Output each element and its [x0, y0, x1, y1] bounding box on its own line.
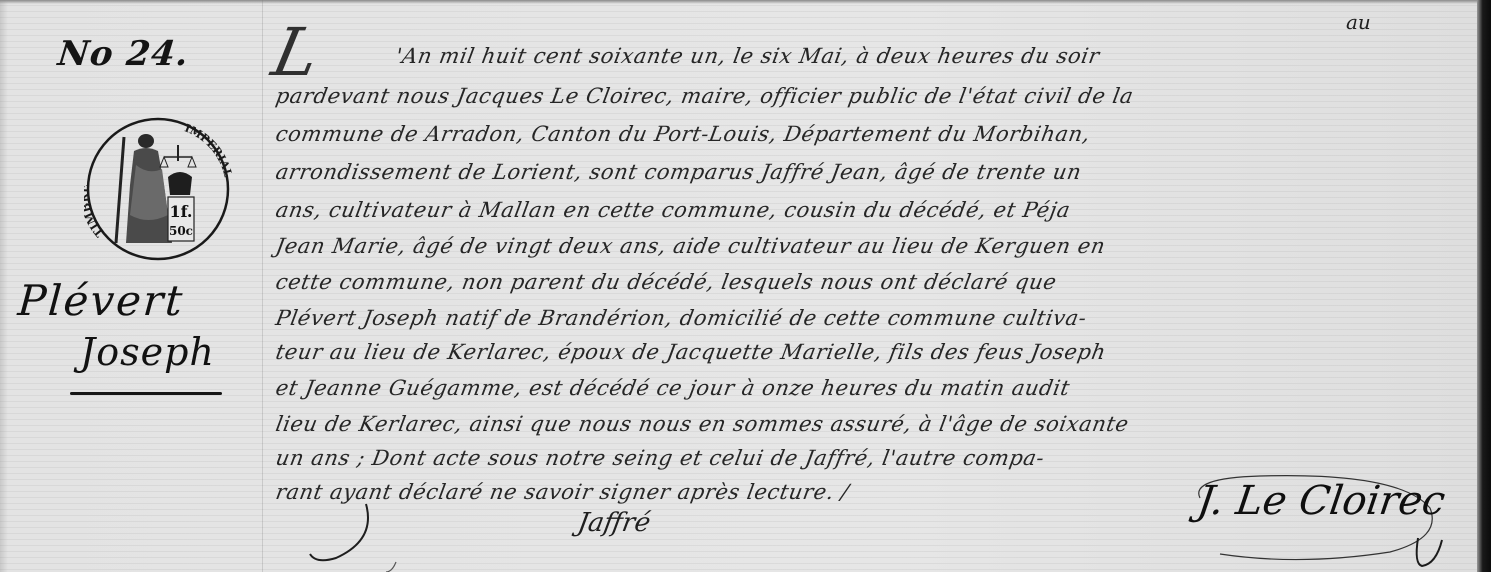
- page-binding-edge: [1477, 0, 1491, 572]
- stamp-right-text: IMPERIAL: [183, 122, 232, 179]
- body-line-4: arrondissement de Lorient, sont comparus…: [274, 160, 1084, 184]
- imperial-tax-stamp: TIMBRE IMPERIAL 1f. 50c: [84, 115, 232, 263]
- stamp-left-text: TIMBRE: [84, 184, 106, 239]
- body-line-9: teur au lieu de Kerlarec, époux de Jacqu…: [274, 340, 1108, 364]
- body-line-1: 'An mil huit cent soixante un, le six Ma…: [394, 44, 1102, 68]
- mayor-signature: J. Le Cloirec: [1195, 478, 1448, 524]
- stamp-value-centimes: 50c: [169, 224, 193, 238]
- justice-figure-stamp-icon: TIMBRE IMPERIAL 1f. 50c: [84, 115, 232, 263]
- stamp-value-francs: 1f.: [169, 202, 192, 221]
- page-top-shadow: [0, 0, 1491, 4]
- body-line-5: ans, cultivateur à Mallan en cette commu…: [274, 198, 1072, 222]
- flourish-icon: [296, 500, 416, 572]
- body-line-3: commune de Arradon, Canton du Port-Louis…: [274, 122, 1092, 146]
- body-line-8: Plévert Joseph natif de Brandérion, domi…: [274, 306, 1089, 330]
- body-line-12: un ans ; Dont acte sous notre seing et c…: [274, 446, 1047, 470]
- svg-text:TIMBRE: TIMBRE: [84, 184, 106, 239]
- register-page: No 24. TIMBRE IMPERIAL: [0, 0, 1491, 572]
- deceased-given-name: Joseph: [80, 330, 215, 374]
- body-line-7: cette commune, non parent du décédé, les…: [274, 270, 1059, 294]
- body-line-6: Jean Marie, âgé de vingt deux ans, aide …: [274, 234, 1107, 258]
- deceased-surname: Plévert: [16, 276, 186, 325]
- margin-rule: [262, 0, 263, 572]
- svg-text:IMPERIAL: IMPERIAL: [183, 122, 232, 179]
- body-line-11: lieu de Kerlarec, ainsi que nous nous en…: [274, 412, 1131, 436]
- margin-underline: [70, 392, 222, 395]
- insertion-note: au: [1346, 10, 1371, 34]
- body-line-10: et Jeanne Guégamme, est décédé ce jour à…: [274, 376, 1072, 400]
- body-line-2: pardevant nous Jacques Le Cloirec, maire…: [274, 84, 1136, 108]
- witness-signature: Jaffré: [575, 508, 652, 538]
- decorative-initial: L: [266, 14, 326, 91]
- act-number: No 24.: [56, 34, 191, 74]
